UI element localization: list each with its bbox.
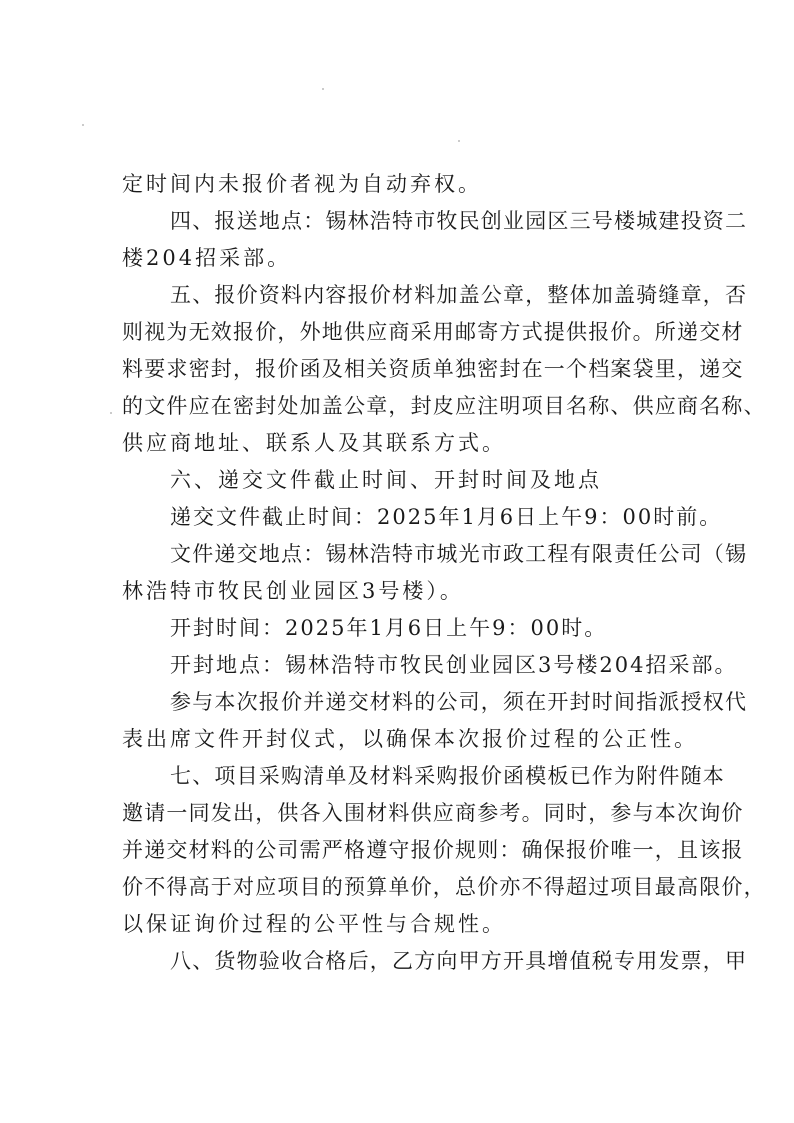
scan-speck (110, 412, 112, 414)
scan-speck (322, 88, 324, 90)
scan-speck (82, 124, 84, 126)
text-line: 并递交材料的公司需严格遵守报价规则：确保报价唯一，且该报 (122, 832, 682, 869)
text-line: 林浩特市牧民创业园区3号楼）。 (122, 573, 682, 610)
text-line: 定时间内未报价者视为自动弃权。 (122, 166, 682, 203)
document-page: 定时间内未报价者视为自动弃权。 四、报送地点：锡林浩特市牧民创业园区三号楼城建投… (122, 166, 682, 980)
section-5-heading: 五、报价资料内容报价材料加盖公章，整体加盖骑缝章，否 (122, 277, 682, 314)
text-line: 的文件应在密封处加盖公章，封皮应注明项目名称、供应商名称、 (122, 388, 682, 425)
text-line: 以保证询价过程的公平性与合规性。 (122, 906, 682, 943)
text-line: 邀请一同发出，供各入围材料供应商参考。同时，参与本次询价 (122, 795, 682, 832)
text-line: 表出席文件开封仪式，以确保本次报价过程的公正性。 (122, 721, 682, 758)
text-line: 楼204招采部。 (122, 240, 682, 277)
section-6-heading: 六、递交文件截止时间、开封时间及地点 (122, 462, 682, 499)
scan-speck (458, 140, 460, 142)
submission-location-line: 文件递交地点：锡林浩特市城光市政工程有限责任公司（锡 (122, 536, 682, 573)
section-4-heading: 四、报送地点：锡林浩特市牧民创业园区三号楼城建投资二 (122, 203, 682, 240)
section-7-heading: 七、项目采购清单及材料采购报价函模板已作为附件随本 (122, 758, 682, 795)
section-8-heading: 八、货物验收合格后，乙方向甲方开具增值税专用发票，甲 (122, 943, 682, 980)
text-line: 料要求密封，报价函及相关资质单独密封在一个档案袋里，递交 (122, 351, 682, 388)
text-line: 价不得高于对应项目的预算单价，总价亦不得超过项目最高限价， (122, 869, 682, 906)
deadline-line: 递交文件截止时间：2025年1月6日上午9：00时前。 (122, 499, 682, 536)
opening-time-line: 开封时间：2025年1月6日上午9：00时。 (122, 610, 682, 647)
text-line: 供应商地址、联系人及其联系方式。 (122, 425, 682, 462)
text-line: 则视为无效报价，外地供应商采用邮寄方式提供报价。所递交材 (122, 314, 682, 351)
text-line: 参与本次报价并递交材料的公司，须在开封时间指派授权代 (122, 684, 682, 721)
opening-location-line: 开封地点：锡林浩特市牧民创业园区3号楼204招采部。 (122, 647, 682, 684)
